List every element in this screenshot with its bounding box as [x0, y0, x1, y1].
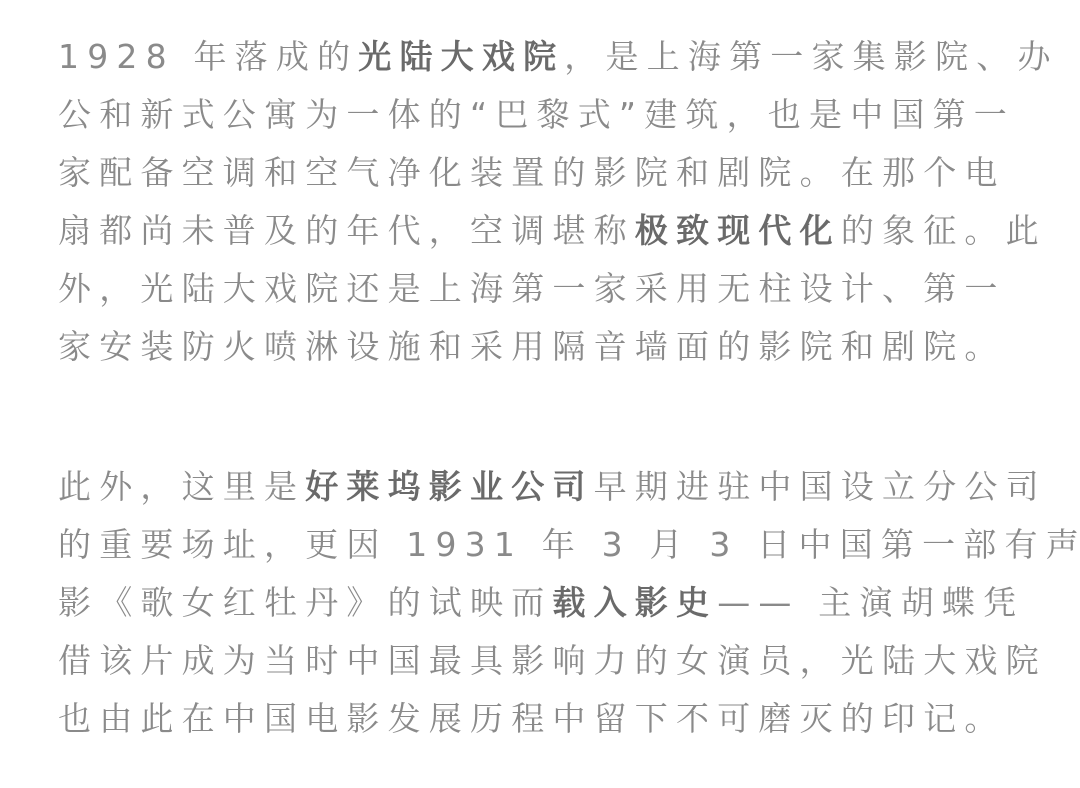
text-segment: 此外，这里是 [58, 467, 305, 506]
bold-highlight: 好莱坞影业公司 [305, 467, 593, 506]
text-line: 借该片成为当时中国最具影响力的女演员，光陆大戏院 [58, 632, 1028, 690]
text-segment: 的象征。此 [841, 211, 1047, 250]
text-line: 1928 年落成的光陆大戏院，是上海第一家集影院、办 [58, 28, 1028, 86]
paragraph-gap [58, 376, 1028, 458]
article-body: 1928 年落成的光陆大戏院，是上海第一家集影院、办公和新式公寓为一体的“巴黎式… [58, 28, 1028, 748]
text-line: 扇都尚未普及的年代，空调堪称极致现代化的象征。此 [58, 202, 1028, 260]
paragraph-1: 1928 年落成的光陆大戏院，是上海第一家集影院、办公和新式公寓为一体的“巴黎式… [58, 28, 1028, 376]
bold-highlight: 光陆大戏院 [358, 37, 564, 76]
text-segment: 家安装防火喷淋设施和采用隔音墙面的影院和剧院。 [58, 327, 1006, 366]
paragraph-2: 此外，这里是好莱坞影业公司早期进驻中国设立分公司的重要场址，更因 1931 年 … [58, 458, 1028, 748]
bold-highlight: 极致现代化 [635, 211, 841, 250]
text-line: 此外，这里是好莱坞影业公司早期进驻中国设立分公司 [58, 458, 1028, 516]
bold-highlight: 载入影史 [552, 583, 717, 622]
text-line: 影《歌女红牡丹》的试映而载入影史—— 主演胡蝶凭 [58, 574, 1028, 632]
text-segment: 家配备空调和空气净化装置的影院和剧院。在那个电 [58, 153, 1006, 192]
text-segment: 早期进驻中国设立分公司 [594, 467, 1047, 506]
text-line: 家配备空调和空气净化装置的影院和剧院。在那个电 [58, 144, 1028, 202]
text-segment: 借该片成为当时中国最具影响力的女演员，光陆大戏院 [58, 641, 1047, 680]
text-segment: 也由此在中国电影发展历程中留下不可磨灭的印记。 [58, 699, 1006, 738]
text-line: 公和新式公寓为一体的“巴黎式”建筑，也是中国第一 [58, 86, 1028, 144]
text-line: 也由此在中国电影发展历程中留下不可磨灭的印记。 [58, 690, 1028, 748]
text-line: 外，光陆大戏院还是上海第一家采用无柱设计、第一 [58, 260, 1028, 318]
text-segment: 外，光陆大戏院还是上海第一家采用无柱设计、第一 [58, 269, 1006, 308]
text-segment: 的重要场址，更因 1931 年 3 月 3 日中国第一部有声电 [58, 525, 1080, 564]
text-segment: —— 主演胡蝶凭 [717, 583, 1024, 622]
text-segment: 影《歌女红牡丹》的试映而 [58, 583, 552, 622]
text-segment: 公和新式公寓为一体的“巴黎式”建筑，也是中国第一 [58, 95, 1015, 134]
text-segment: ，是上海第一家集影院、办 [564, 37, 1058, 76]
text-line: 家安装防火喷淋设施和采用隔音墙面的影院和剧院。 [58, 318, 1028, 376]
text-segment: 扇都尚未普及的年代，空调堪称 [58, 211, 635, 250]
text-line: 的重要场址，更因 1931 年 3 月 3 日中国第一部有声电 [58, 516, 1028, 574]
text-segment: 1928 年落成的 [58, 37, 358, 76]
